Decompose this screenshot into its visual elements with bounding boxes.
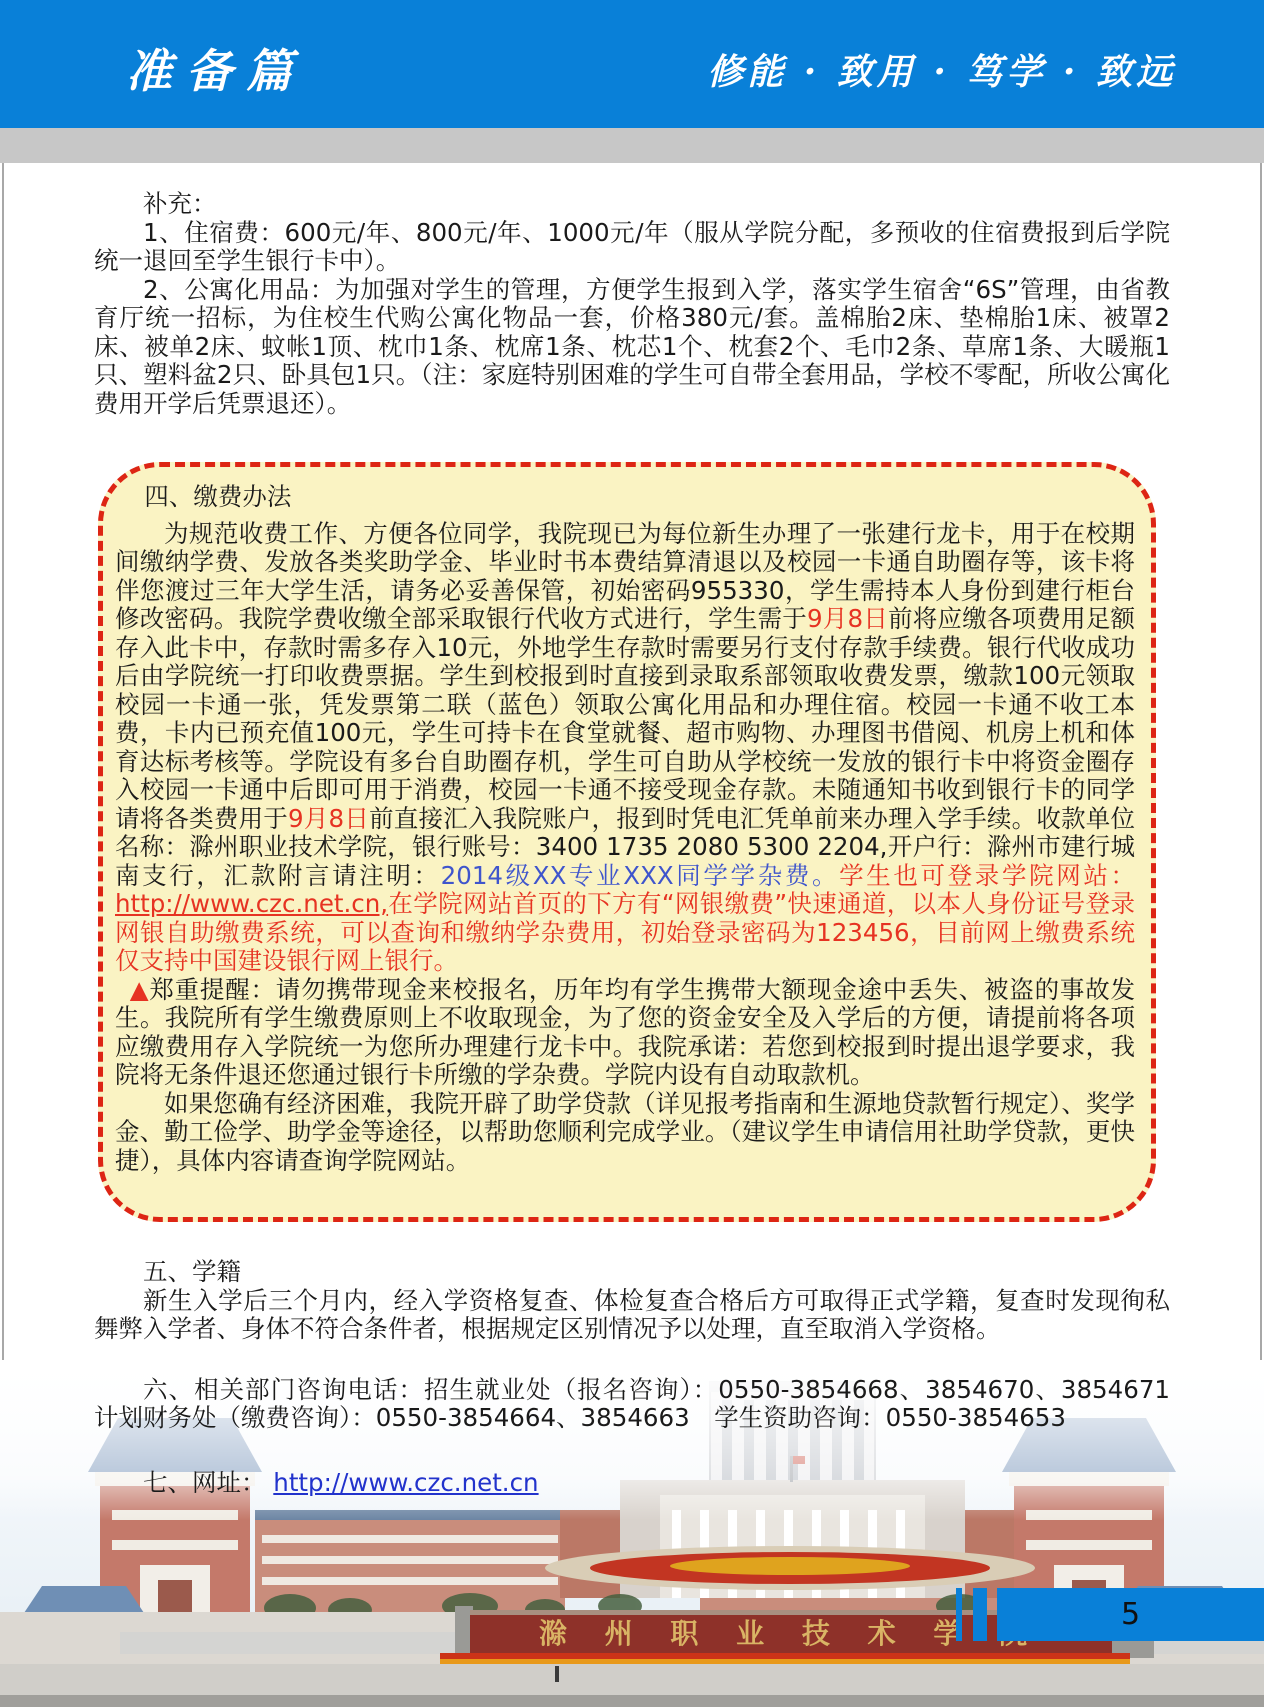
page-number: 5 [1121, 1597, 1140, 1632]
website-link[interactable]: http://www.czc.net.cn [273, 1468, 538, 1497]
warning-triangle-icon: ▲ [130, 975, 150, 1004]
text-run: 如果您确有经济困难，我院开辟了助学贷款（详见报考指南和生源地贷款暂行规定）、奖学… [115, 1089, 1135, 1175]
text-run: 前将应缴各项费用足额存入此卡中，存款时需多存入10元，外地学生存款时需要另行支付… [115, 604, 1135, 833]
payment-box-title: 四、缴费办法 [115, 483, 1135, 512]
school-motto: 修能 · 致用 · 笃学 · 致远 [707, 54, 1176, 90]
pedestrian [555, 1666, 559, 1682]
text-run: 9月8日 [807, 604, 888, 633]
payment-aid-paragraph: 如果您确有经济困难，我院开辟了助学贷款（详见报考指南和生源地贷款暂行规定）、奖学… [115, 1090, 1135, 1176]
section6-paragraph: 六、相关部门咨询电话：招生就业处（报名咨询）：0550-3854668、3854… [94, 1376, 1170, 1433]
payment-methods-box: 四、缴费办法 为规范收费工作、方便各位同学，我院现已为每位新生办理了一张建行龙卡… [98, 462, 1156, 1222]
footer-accent-bar-1 [956, 1588, 962, 1641]
page-footer: 5 [0, 1588, 1264, 1641]
page-edge-right [1260, 163, 1262, 1393]
supplement-heading: 补充： [94, 190, 1170, 219]
section-enrollment-status: 五、学籍 新生入学后三个月内，经入学资格复查、体检复查合格后方可取得正式学籍，复… [94, 1258, 1170, 1344]
payment-warning-paragraph: ▲郑重提醒：请勿携带现金来校报名，历年均有学生携带大额现金途中丢失、被盗的事故发… [115, 976, 1135, 1090]
supplement-paragraph-1: 1、住宿费：600元/年、800元/年、1000元/年（服从学院分配，多预收的住… [94, 219, 1170, 276]
section5-paragraph: 新生入学后三个月内，经入学资格复查、体检复查合格后方可取得正式学籍，复查时发现徇… [94, 1287, 1170, 1344]
page: 准备篇 修能 · 致用 · 笃学 · 致远 补充： 1、住宿费：600元/年、8… [0, 0, 1264, 1707]
payment-website-link[interactable]: http://www.czc.net.cn, [115, 889, 388, 918]
text-run: 2014级XX专业XXX同学学杂费。 [441, 861, 839, 890]
footer-accent-bar-2 [973, 1588, 987, 1641]
text-run: 郑重提醒：请勿携带现金来校报名，历年均有学生携带大额现金途中丢失、被盗的事故发生… [115, 975, 1135, 1090]
pavement-shadow [0, 1695, 1264, 1707]
page-number-block: 5 [997, 1588, 1264, 1641]
website-label: 七、网址： [143, 1468, 266, 1497]
header-banner: 准备篇 修能 · 致用 · 笃学 · 致远 [0, 0, 1264, 128]
header-divider-bar [0, 128, 1264, 163]
section-contact-phones: 六、相关部门咨询电话：招生就业处（报名咨询）：0550-3854668、3854… [94, 1376, 1170, 1433]
payment-paragraph-1: 为规范收费工作、方便各位同学，我院现已为每位新生办理了一张建行龙卡，用于在校期间… [115, 520, 1135, 976]
text-run: 9月8日 [288, 804, 369, 833]
page-edge-left [2, 163, 4, 1393]
flower-bed [545, 1546, 1035, 1590]
supplement-paragraph-2: 2、公寓化用品：为加强对学生的管理，方便学生报到入学，落实学生宿舍“6S”管理，… [94, 276, 1170, 419]
document-body: 补充： 1、住宿费：600元/年、800元/年、1000元/年（服从学院分配，多… [94, 190, 1170, 1497]
text-run: 学生也可登录学院网站： [839, 861, 1135, 890]
section-website: 七、网址： http://www.czc.net.cn [94, 1469, 1170, 1498]
flower-strip-yellow [440, 1659, 1130, 1664]
section5-heading: 五、学籍 [94, 1258, 1170, 1287]
section-title: 准备篇 [126, 48, 306, 94]
